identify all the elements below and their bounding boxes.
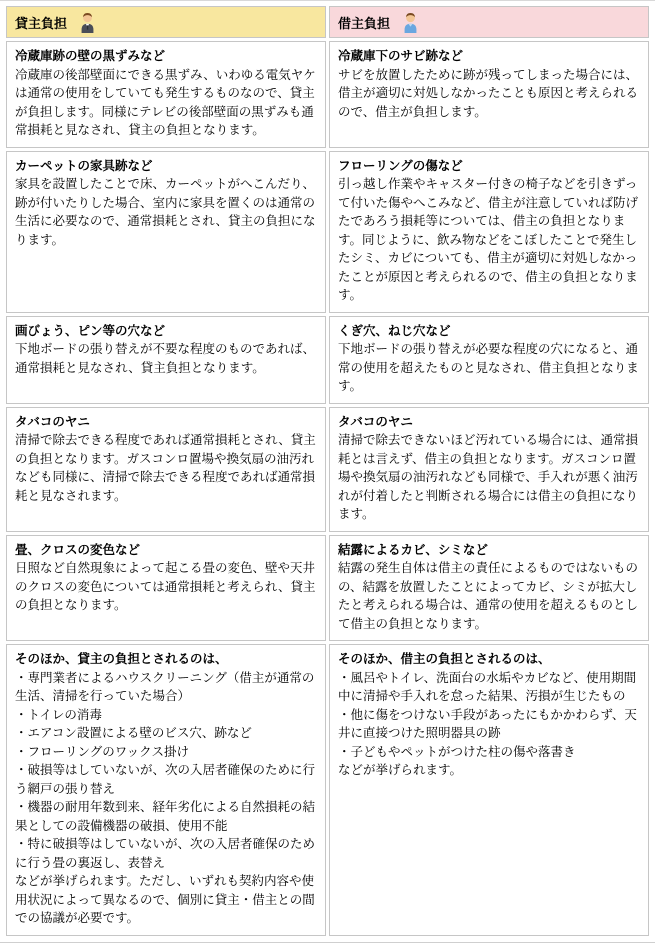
burden-comparison-page: 貸主負担 借主負担: [0, 0, 655, 943]
landlord-header-label: 貸主負担: [15, 13, 67, 32]
tenant-header-cell: 借主負担: [329, 6, 649, 38]
tenant-cell: くぎ穴、ねじ穴など 下地ボードの張り替えが必要な程度の穴になると、通常の使用を超…: [329, 316, 649, 404]
cell-body: 清掃で除去できないほど汚れている場合には、通常損耗とは言えず、借主の負担となりま…: [338, 431, 640, 524]
landlord-cell: そのほか、貸主の負担とされるのは、 ・専門業者によるハウスクリーニング（借主が通…: [6, 644, 326, 936]
landlord-cell: カーペットの家具跡など 家具を設置したことで床、カーペットがへこんだり、跡が付い…: [6, 151, 326, 313]
tenant-cell: 結露によるカビ、シミなど 結露の発生自体は借主の責任によるものではないものの、結…: [329, 535, 649, 642]
cell-title: 冷蔵庫下のサビ跡など: [338, 47, 640, 66]
table-row: タバコのヤニ 清掃で除去できる程度であれば通常損耗とされ、貸主の負担となります。…: [6, 407, 649, 532]
cell-body: ・風呂やトイレ、洗面台の水垢やカビなど、使用期間中に清掃や手入れを怠った結果、汚…: [338, 669, 640, 780]
cell-body: サビを放置したために跡が残ってしまった場合には、借主が適切に対処しなかったことも…: [338, 66, 640, 122]
cell-body: 家具を設置したことで床、カーペットがへこんだり、跡が付いたりした場合、室内に家具…: [15, 175, 317, 249]
landlord-cell: 画びょう、ピン等の穴など 下地ボードの張り替えが不要な程度のものであれば、通常損…: [6, 316, 326, 404]
tenant-cell: フローリングの傷など 引っ越し作業やキャスター付きの椅子などを引きずって付いた傷…: [329, 151, 649, 313]
tenant-cell: 冷蔵庫下のサビ跡など サビを放置したために跡が残ってしまった場合には、借主が適切…: [329, 41, 649, 148]
table-row: 冷蔵庫跡の壁の黒ずみなど 冷蔵庫の後部壁面にできる黒ずみ、いわゆる電気ヤケは通常…: [6, 41, 649, 148]
cell-body: 下地ボードの張り替えが不要な程度のものであれば、通常損耗と見なされ、貸主負担とな…: [15, 340, 317, 377]
cell-body: 冷蔵庫の後部壁面にできる黒ずみ、いわゆる電気ヤケは通常の使用をしていても発生する…: [15, 66, 317, 140]
cell-body: 下地ボードの張り替えが必要な程度の穴になると、通常の使用を超えたものと見なされ、…: [338, 340, 640, 396]
cell-body: 日照など自然現象によって起こる畳の変色、壁や天井のクロスの変色については通常損耗…: [15, 559, 317, 615]
cell-body: ・専門業者によるハウスクリーニング（借主が通常の生活、清掃を行っていた場合） ・…: [15, 669, 317, 928]
cell-title: 結露によるカビ、シミなど: [338, 541, 640, 560]
cell-body: 結露の発生自体は借主の責任によるものではないものの、結露を放置したことによってカ…: [338, 559, 640, 633]
cell-title: タバコのヤニ: [15, 413, 317, 432]
cell-title: そのほか、貸主の負担とされるのは、: [15, 650, 317, 669]
cell-title: くぎ穴、ねじ穴など: [338, 322, 640, 341]
tenant-cell: タバコのヤニ 清掃で除去できないほど汚れている場合には、通常損耗とは言えず、借主…: [329, 407, 649, 532]
landlord-cell: 畳、クロスの変色など 日照など自然現象によって起こる畳の変色、壁や天井のクロスの…: [6, 535, 326, 642]
table-row: カーペットの家具跡など 家具を設置したことで床、カーペットがへこんだり、跡が付い…: [6, 151, 649, 313]
table-row: 画びょう、ピン等の穴など 下地ボードの張り替えが不要な程度のものであれば、通常損…: [6, 316, 649, 404]
burden-comparison-table: 貸主負担 借主負担: [3, 3, 652, 939]
tenant-person-icon: [402, 11, 419, 33]
table-row: 畳、クロスの変色など 日照など自然現象によって起こる畳の変色、壁や天井のクロスの…: [6, 535, 649, 642]
landlord-cell: タバコのヤニ 清掃で除去できる程度であれば通常損耗とされ、貸主の負担となります。…: [6, 407, 326, 532]
tenant-header-label: 借主負担: [338, 13, 390, 32]
header-row: 貸主負担 借主負担: [6, 6, 649, 38]
landlord-businessman-icon: [79, 11, 96, 33]
landlord-cell: 冷蔵庫跡の壁の黒ずみなど 冷蔵庫の後部壁面にできる黒ずみ、いわゆる電気ヤケは通常…: [6, 41, 326, 148]
cell-title: カーペットの家具跡など: [15, 157, 317, 176]
cell-body: 清掃で除去できる程度であれば通常損耗とされ、貸主の負担となります。ガスコンロ置場…: [15, 431, 317, 505]
landlord-header-cell: 貸主負担: [6, 6, 326, 38]
tenant-cell: そのほか、借主の負担とされるのは、 ・風呂やトイレ、洗面台の水垢やカビなど、使用…: [329, 644, 649, 936]
table-row: そのほか、貸主の負担とされるのは、 ・専門業者によるハウスクリーニング（借主が通…: [6, 644, 649, 936]
cell-title: そのほか、借主の負担とされるのは、: [338, 650, 640, 669]
cell-title: タバコのヤニ: [338, 413, 640, 432]
cell-body: 引っ越し作業やキャスター付きの椅子などを引きずって付いた傷やへこみなど、借主が注…: [338, 175, 640, 305]
cell-title: フローリングの傷など: [338, 157, 640, 176]
cell-title: 冷蔵庫跡の壁の黒ずみなど: [15, 47, 317, 66]
cell-title: 画びょう、ピン等の穴など: [15, 322, 317, 341]
cell-title: 畳、クロスの変色など: [15, 541, 317, 560]
